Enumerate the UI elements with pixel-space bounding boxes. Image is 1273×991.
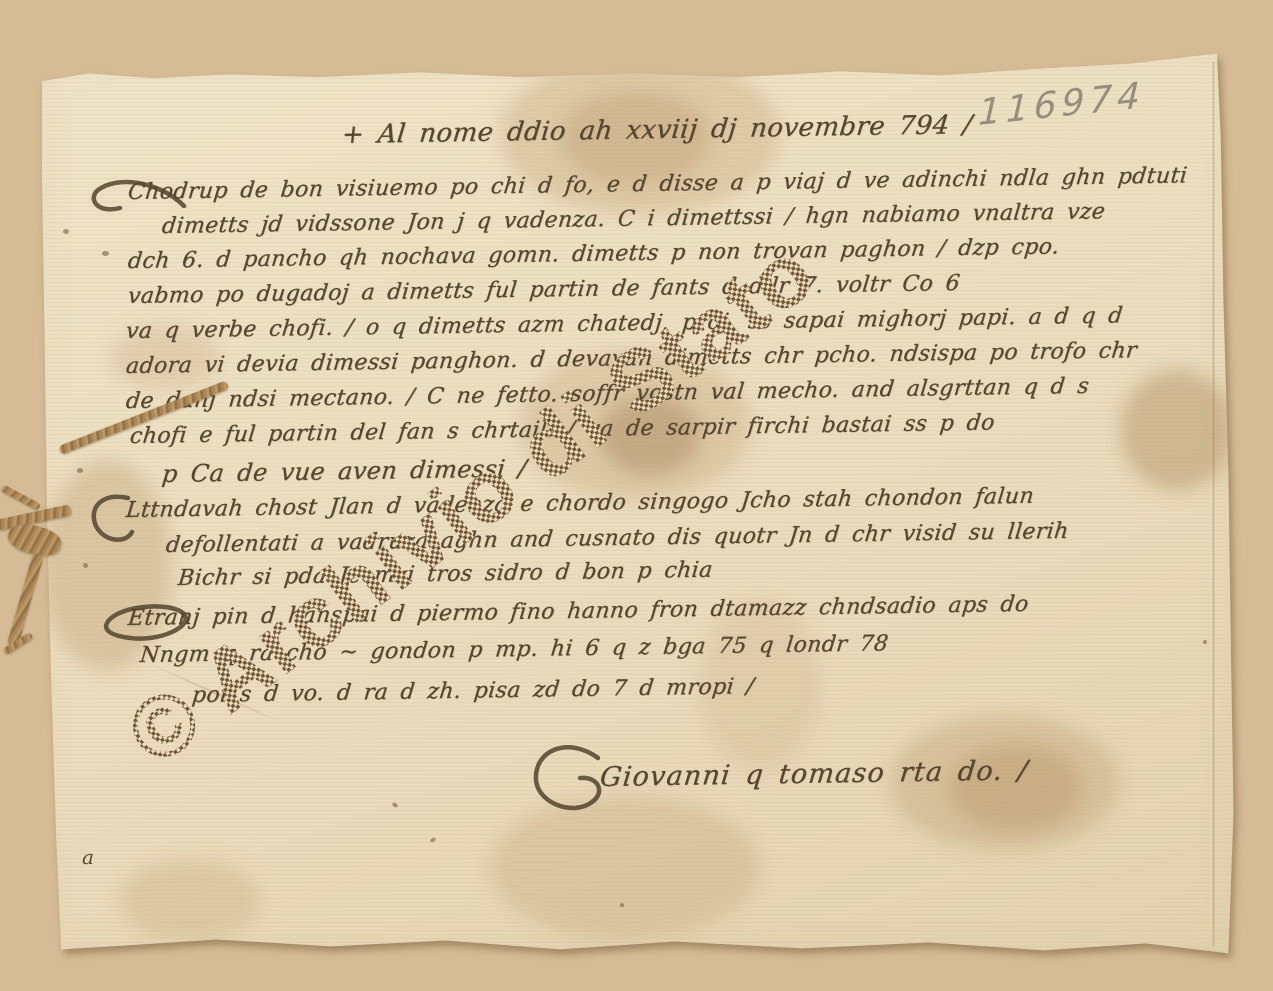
manuscript-scan: + Al nome ddio ah xxviij dj novembre 794… [0,0,1273,991]
paper-fleck [102,251,109,256]
manuscript-paper: + Al nome ddio ah xxviij dj novembre 794… [0,0,1273,991]
paper-fleck [620,903,624,907]
paper-fleck [83,563,88,568]
paper-fleck [63,229,69,234]
paper-fleck [1203,640,1207,644]
right-fold-crease [1212,62,1215,946]
paper-shadow: + Al nome ddio ah xxviij dj novembre 794… [0,0,1273,991]
marginal-mark: a [82,845,94,869]
paper-fleck [77,468,83,473]
